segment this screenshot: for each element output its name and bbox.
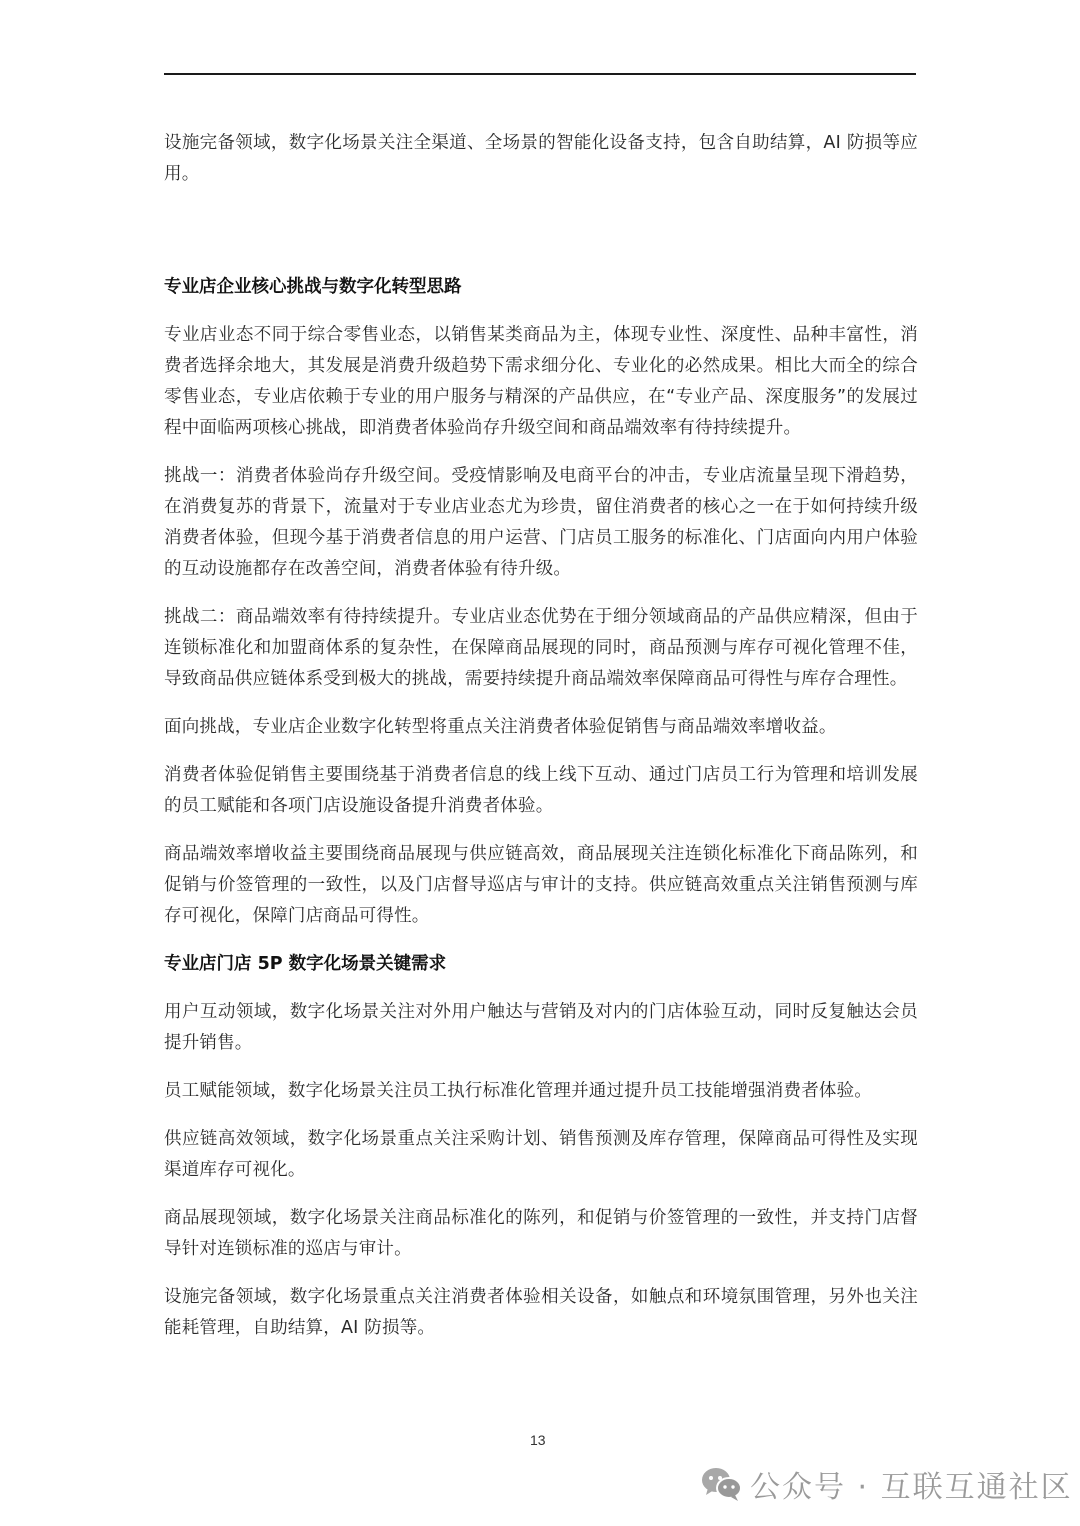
watermark: 公众号 · 互联互通社区 <box>700 1462 1073 1506</box>
paragraph: 专业店业态不同于综合零售业态，以销售某类商品为主，体现专业性、深度性、品种丰富性… <box>164 320 918 444</box>
wechat-icon <box>700 1466 744 1502</box>
page-content: 设施完备领域，数字化场景关注全渠道、全场景的智能化设备支持，包含自助结算，AI … <box>164 128 918 1344</box>
paragraph: 供应链高效领域，数字化场景重点关注采购计划、销售预测及库存管理，保障商品可得性及… <box>164 1124 918 1186</box>
paragraph: 面向挑战，专业店企业数字化转型将重点关注消费者体验促销售与商品端效率增收益。 <box>164 712 918 743</box>
paragraph: 设施完备领域，数字化场景重点关注消费者体验相关设备，如触点和环境氛围管理，另外也… <box>164 1282 918 1344</box>
paragraph: 设施完备领域，数字化场景关注全渠道、全场景的智能化设备支持，包含自助结算，AI … <box>164 128 918 190</box>
section-heading: 专业店企业核心挑战与数字化转型思路 <box>164 272 918 303</box>
section-heading: 专业店门店 5P 数字化场景关键需求 <box>164 949 918 980</box>
header-rule <box>164 73 916 75</box>
paragraph: 挑战二：商品端效率有待持续提升。专业店业态优势在于细分领域商品的产品供应精深，但… <box>164 602 918 695</box>
paragraph: 挑战一：消费者体验尚存升级空间。受疫情影响及电商平台的冲击，专业店流量呈现下滑趋… <box>164 461 918 585</box>
paragraph: 用户互动领域，数字化场景关注对外用户触达与营销及对内的门店体验互动，同时反复触达… <box>164 997 918 1059</box>
watermark-text: 公众号 · 互联互通社区 <box>750 1462 1073 1506</box>
paragraph: 商品展现领域，数字化场景关注商品标准化的陈列，和促销与价签管理的一致性，并支持门… <box>164 1203 918 1265</box>
paragraph: 员工赋能领域，数字化场景关注员工执行标准化管理并通过提升员工技能增强消费者体验。 <box>164 1076 918 1107</box>
page-number: 13 <box>530 1432 546 1448</box>
paragraph: 消费者体验促销售主要围绕基于消费者信息的线上线下互动、通过门店员工行为管理和培训… <box>164 760 918 822</box>
paragraph: 商品端效率增收益主要围绕商品展现与供应链高效，商品展现关注连锁化标准化下商品陈列… <box>164 839 918 932</box>
